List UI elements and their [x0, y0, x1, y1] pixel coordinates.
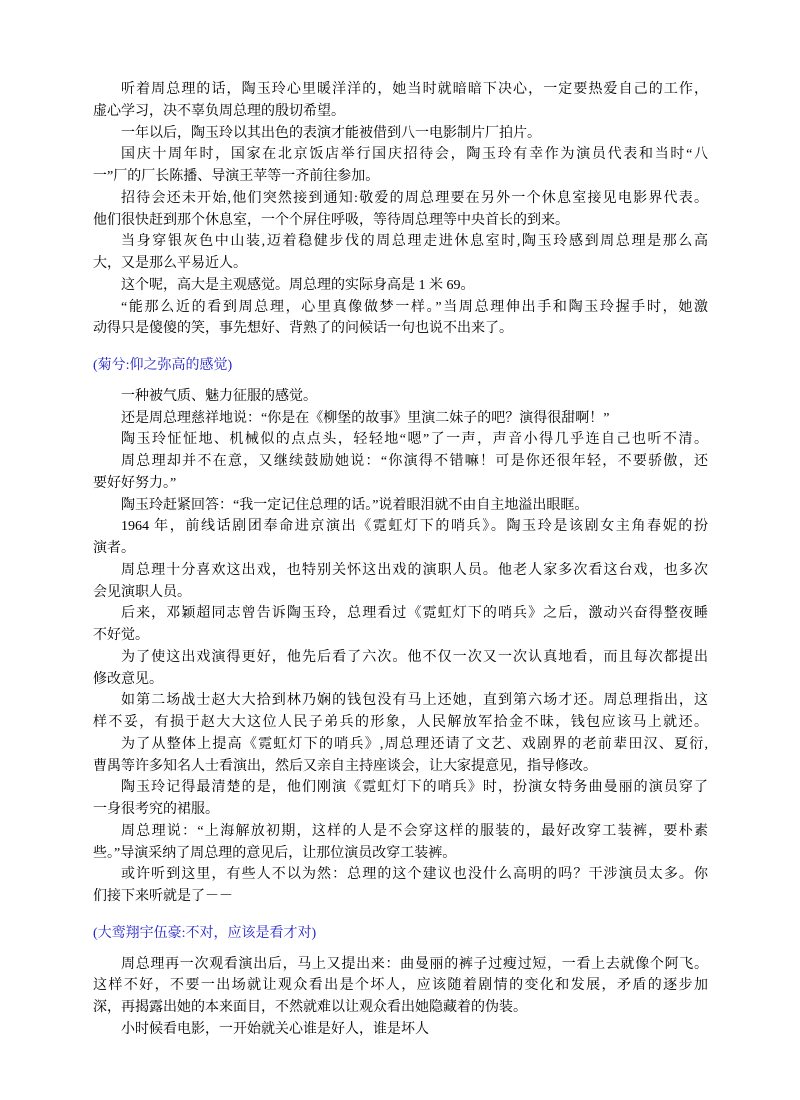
paragraph: 后来，邓颖超同志曾告诉陶玉玲，总理看过《霓虹灯下的哨兵》之后，激动兴奋得整夜睡不…: [93, 603, 708, 647]
text-line: 虚心学习，决不辜负周总理的殷切希望。: [93, 101, 708, 123]
paragraph: 为了使这出戏演得更好，他先后看了六次。他不仅一次又一次认真地看，而且每次都提出修…: [93, 647, 708, 691]
text-line: 些。”导演采纳了周总理的意见后，让那位演员改穿工装裤。: [93, 843, 708, 865]
text-line: 听着周总理的话，陶玉玲心里暖洋洋的，她当时就暗暗下决心，一定要热爱自己的工作，: [93, 79, 708, 101]
text-line: 当身穿银灰色中山装,迈着稳健步伐的周总理走进休息室时,陶玉玲感到周总理是那么高: [93, 231, 708, 253]
paragraph: 周总理再一次观看演出后，马上又提出来：曲曼丽的裤子过瘦过短，一看上去就像个阿飞。…: [93, 954, 708, 1019]
paragraph: 周总理却并不在意，又继续鼓励她说：“你演得不错嘛！可是你还很年轻，不要骄傲，还要…: [93, 451, 708, 495]
paragraph: 为了从整体上提高《霓虹灯下的哨兵》,周总理还请了文艺、戏剧界的老前辈田汉、夏衍,…: [93, 734, 708, 778]
text-line: “能那么近的看到周总理，心里真像做梦一样。”当周总理伸出手和陶玉玲握手时，她激: [93, 297, 708, 319]
text-line: 这样不好，不要一出场就让观众看出是个坏人，应该随着剧情的变化和发展，矛盾的逐步加: [93, 975, 708, 997]
text-line: 或许听到这里，有些人不以为然：总理的这个建议也没什么高明的吗？干涉演员太多。你: [93, 864, 708, 886]
text-line: 他们很快赶到那个休息室，一个个屏住呼吸，等待周总理等中央首长的到来。: [93, 210, 708, 232]
text-line: 陶玉玲怔怔地、机械似的点点头，轻轻地“嗯”了一声，声音小得几乎连自己也听不清。: [93, 429, 708, 451]
text-line: 周总理却并不在意，又继续鼓励她说：“你演得不错嘛！可是你还很年轻，不要骄傲，还: [93, 451, 708, 473]
paragraph: 陶玉玲怔怔地、机械似的点点头，轻轻地“嗯”了一声，声音小得几乎连自己也听不清。: [93, 429, 708, 451]
paragraph: 陶玉玲记得最清楚的是，他们刚演《霓虹灯下的哨兵》时，扮演女特务曲曼丽的演员穿了一…: [93, 777, 708, 821]
text-line: 样不妥，有损于赵大大这位人民子弟兵的形象，人民解放军拾金不昧，钱包应该马上就还。: [93, 712, 708, 734]
paragraph: 招待会还未开始,他们突然接到通知:敬爱的周总理要在另外一个休息室接见电影界代表。…: [93, 188, 708, 232]
paragraph: 陶玉玲赶紧回答：“我一定记住总理的话。”说着眼泪就不由自主地溢出眼眶。: [93, 495, 708, 517]
text-line: 演者。: [93, 538, 708, 560]
text-line: 周总理十分喜欢这出戏，也特别关怀这出戏的演职人员。他老人家多次看这台戏，也多次: [93, 560, 708, 582]
paragraph: 周总理说：“上海解放初期，这样的人是不会穿这样的服装的，最好改穿工装裤，要朴素些…: [93, 821, 708, 865]
text-line: 们接下来听就是了－－: [93, 886, 708, 908]
document-content: 听着周总理的话，陶玉玲心里暖洋洋的，她当时就暗暗下决心，一定要热爱自己的工作，虚…: [93, 79, 708, 1041]
text-line: 深，再揭露出她的本来面目，不然就难以让观众看出她隐藏着的伪装。: [93, 997, 708, 1019]
paragraph: 或许听到这里，有些人不以为然：总理的这个建议也没什么高明的吗？干涉演员太多。你们…: [93, 864, 708, 908]
paragraph: 这个呢，高大是主观感觉。周总理的实际身高是 1 米 69。: [93, 275, 708, 297]
section-heading: (大鸾翔宇伍豪:不对，应该是看才对): [93, 923, 708, 945]
text-line: 动得只是傻傻的笑，事先想好、背熟了的问候话一句也说不出来了。: [93, 318, 708, 340]
paragraph: 听着周总理的话，陶玉玲心里暖洋洋的，她当时就暗暗下决心，一定要热爱自己的工作，虚…: [93, 79, 708, 123]
paragraph: 如第二场战士赵大大拾到林乃娴的钱包没有马上还她，直到第六场才还。周总理指出，这样…: [93, 690, 708, 734]
text-line: 曹禺等许多知名人士看演出，然后又亲自主持座谈会，让大家提意见，指导修改。: [93, 756, 708, 778]
paragraph: 当身穿银灰色中山装,迈着稳健步伐的周总理走进休息室时,陶玉玲感到周总理是那么高大…: [93, 231, 708, 275]
text-line: 这个呢，高大是主观感觉。周总理的实际身高是 1 米 69。: [93, 275, 708, 297]
paragraph: “能那么近的看到周总理，心里真像做梦一样。”当周总理伸出手和陶玉玲握手时，她激动…: [93, 297, 708, 341]
text-line: 修改意见。: [93, 669, 708, 691]
text-line: 1964 年，前线话剧团奉命进京演出《霓虹灯下的哨兵》。陶玉玲是该剧女主角春妮的…: [93, 516, 708, 538]
section-heading: (菊兮:仰之弥高的感觉): [93, 355, 708, 377]
paragraph: 一年以后，陶玉玲以其出色的表演才能被借到八一电影制片厂拍片。: [93, 123, 708, 145]
text-line: 招待会还未开始,他们突然接到通知:敬爱的周总理要在另外一个休息室接见电影界代表。: [93, 188, 708, 210]
paragraph: 周总理十分喜欢这出戏，也特别关怀这出戏的演职人员。他老人家多次看这台戏，也多次会…: [93, 560, 708, 604]
paragraph: 还是周总理慈祥地说：“你是在《柳堡的故事》里演二妹子的吧？演得很甜啊！”: [93, 408, 708, 430]
text-line: 要好好努力。”: [93, 473, 708, 495]
text-line: 一身很考究的裙服。: [93, 799, 708, 821]
text-line: 陶玉玲记得最清楚的是，他们刚演《霓虹灯下的哨兵》时，扮演女特务曲曼丽的演员穿了: [93, 777, 708, 799]
text-line: 会见演职人员。: [93, 582, 708, 604]
paragraph: 国庆十周年时，国家在北京饭店举行国庆招待会，陶玉玲有幸作为演员代表和当时“八一”…: [93, 144, 708, 188]
text-line: 大，又是那么平易近人。: [93, 253, 708, 275]
text-line: 一年以后，陶玉玲以其出色的表演才能被借到八一电影制片厂拍片。: [93, 123, 708, 145]
text-line: 一”厂的厂长陈播、导演王苹等一齐前往参加。: [93, 166, 708, 188]
text-line: 周总理说：“上海解放初期，这样的人是不会穿这样的服装的，最好改穿工装裤，要朴素: [93, 821, 708, 843]
text-line: 不好觉。: [93, 625, 708, 647]
document-page: 听着周总理的话，陶玉玲心里暖洋洋的，她当时就暗暗下决心，一定要热爱自己的工作，虚…: [0, 0, 800, 1100]
text-line: 为了从整体上提高《霓虹灯下的哨兵》,周总理还请了文艺、戏剧界的老前辈田汉、夏衍,: [93, 734, 708, 756]
text-line: 为了使这出戏演得更好，他先后看了六次。他不仅一次又一次认真地看，而且每次都提出: [93, 647, 708, 669]
text-line: 国庆十周年时，国家在北京饭店举行国庆招待会，陶玉玲有幸作为演员代表和当时“八: [93, 144, 708, 166]
text-line: 陶玉玲赶紧回答：“我一定记住总理的话。”说着眼泪就不由自主地溢出眼眶。: [93, 495, 708, 517]
paragraph: 一种被气质、魅力征服的感觉。: [93, 386, 708, 408]
text-line: 一种被气质、魅力征服的感觉。: [93, 386, 708, 408]
text-line: 如第二场战士赵大大拾到林乃娴的钱包没有马上还她，直到第六场才还。周总理指出，这: [93, 690, 708, 712]
text-line: 小时候看电影，一开始就关心谁是好人，谁是坏人: [93, 1019, 708, 1041]
text-line: 周总理再一次观看演出后，马上又提出来：曲曼丽的裤子过瘦过短，一看上去就像个阿飞。: [93, 954, 708, 976]
paragraph: 小时候看电影，一开始就关心谁是好人，谁是坏人: [93, 1019, 708, 1041]
text-line: 后来，邓颖超同志曾告诉陶玉玲，总理看过《霓虹灯下的哨兵》之后，激动兴奋得整夜睡: [93, 603, 708, 625]
paragraph: 1964 年，前线话剧团奉命进京演出《霓虹灯下的哨兵》。陶玉玲是该剧女主角春妮的…: [93, 516, 708, 560]
text-line: 还是周总理慈祥地说：“你是在《柳堡的故事》里演二妹子的吧？演得很甜啊！”: [93, 408, 708, 430]
